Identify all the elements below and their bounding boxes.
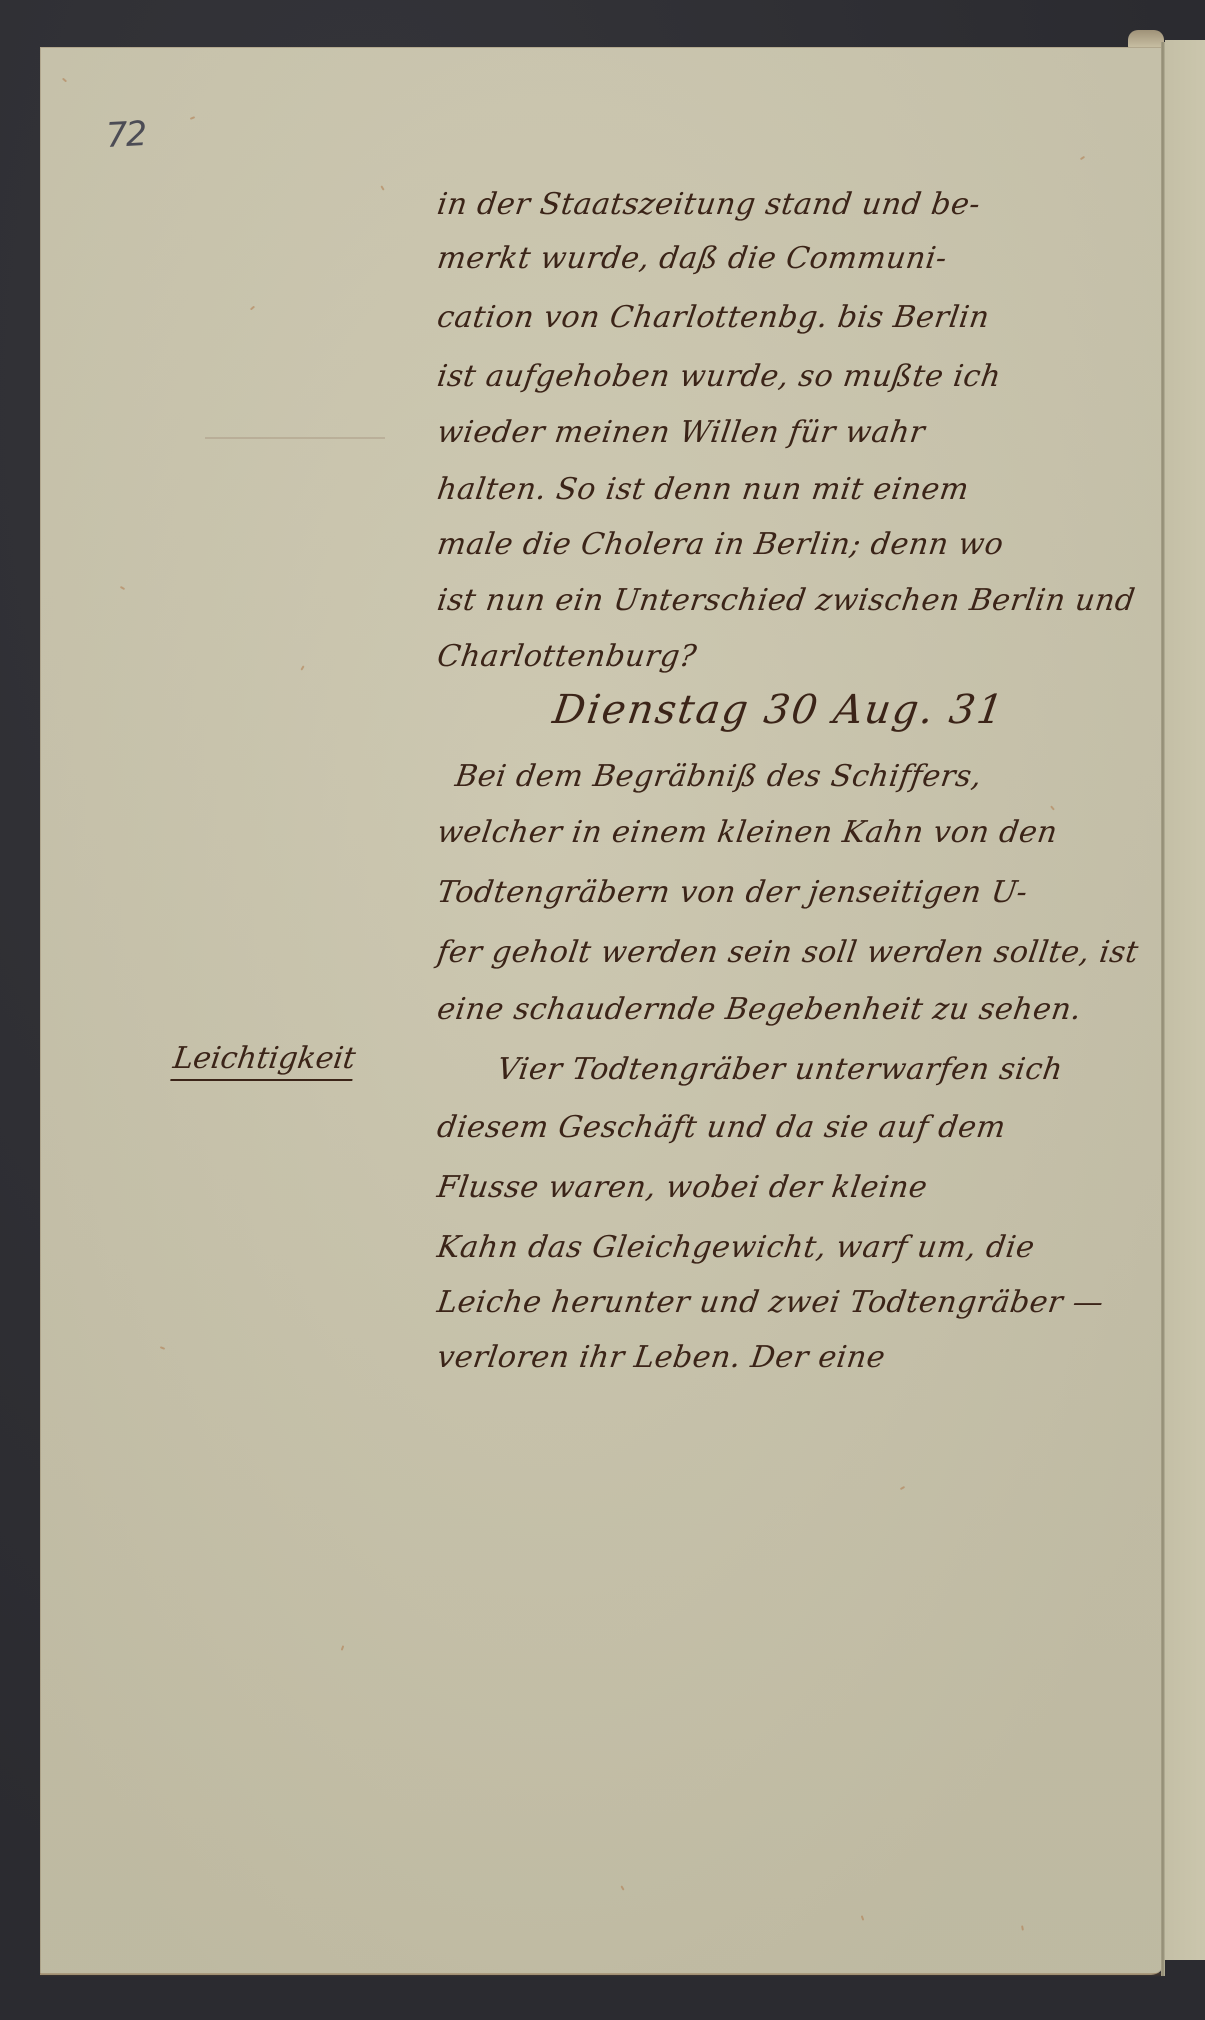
text-line: Charlottenburg? <box>435 639 699 674</box>
paper-fleck <box>861 1915 865 1920</box>
paper-fleck <box>1080 156 1085 161</box>
text-line: fer geholt werden sein soll werden sollt… <box>435 935 1141 970</box>
paper-fleck <box>380 185 384 190</box>
paper-fleck <box>62 78 67 83</box>
text-line: Bei dem Begräbniß des Schiffers, <box>453 759 984 794</box>
paper-fleck <box>1021 1925 1024 1930</box>
text-line: diesem Geschäft und da sie auf dem <box>435 1110 1008 1145</box>
text-line: eine schaudernde Begebenheit zu sehen. <box>435 992 1084 1027</box>
text-line: Flusse waren, wobei der kleine <box>435 1170 930 1205</box>
text-line: ist aufgehoben wurde, so mußte ich <box>435 359 1003 394</box>
paper-fleck <box>341 1645 345 1650</box>
binding-spine-cap <box>1128 30 1164 48</box>
text-line: halten. So ist denn nun mit einem <box>435 472 971 507</box>
manuscript-page: 72 Leichtigkeit in der Staatszeitung sta… <box>40 47 1165 1975</box>
margin-note: Leichtigkeit <box>170 1042 357 1081</box>
paper-fleck <box>900 1486 905 1490</box>
text-line: verloren ihr Leben. Der eine <box>435 1340 888 1375</box>
text-line: Vier Todtengräber unterwarfen sich <box>495 1052 1065 1087</box>
text-line: Todtengräbern von der jenseitigen U- <box>435 875 1030 910</box>
date-heading: Dienstag 30 Aug. 31 <box>550 687 1008 733</box>
text-line: Leiche herunter und zwei Todtengräber — <box>435 1285 1106 1320</box>
paper-fleck <box>190 116 195 120</box>
text-line: ist nun ein Unterschied zwischen Berlin … <box>435 583 1137 618</box>
ink-bleed-through <box>205 397 385 439</box>
text-line: cation von Charlottenbg. bis Berlin <box>435 300 992 335</box>
text-line: welcher in einem kleinen Kahn von den <box>435 815 1060 850</box>
text-line: Kahn das Gleichgewicht, warf um, die <box>435 1230 1037 1265</box>
text-line: male die Cholera in Berlin; denn wo <box>435 527 1006 562</box>
facing-page-edge <box>1165 40 1205 1960</box>
paper-fleck <box>250 306 255 311</box>
paper-fleck <box>300 665 304 670</box>
binding-spine <box>1161 42 1165 1976</box>
text-line: in der Staatszeitung stand und be- <box>435 187 983 222</box>
text-line: merkt wurde, daß die Communi- <box>435 241 949 276</box>
paper-fleck <box>620 1885 624 1890</box>
text-line: wieder meinen Willen für wahr <box>435 415 927 450</box>
paper-fleck <box>120 586 125 590</box>
folio-number: 72 <box>105 114 146 156</box>
paper-fleck <box>1050 805 1055 810</box>
paper-fleck <box>160 1346 165 1350</box>
